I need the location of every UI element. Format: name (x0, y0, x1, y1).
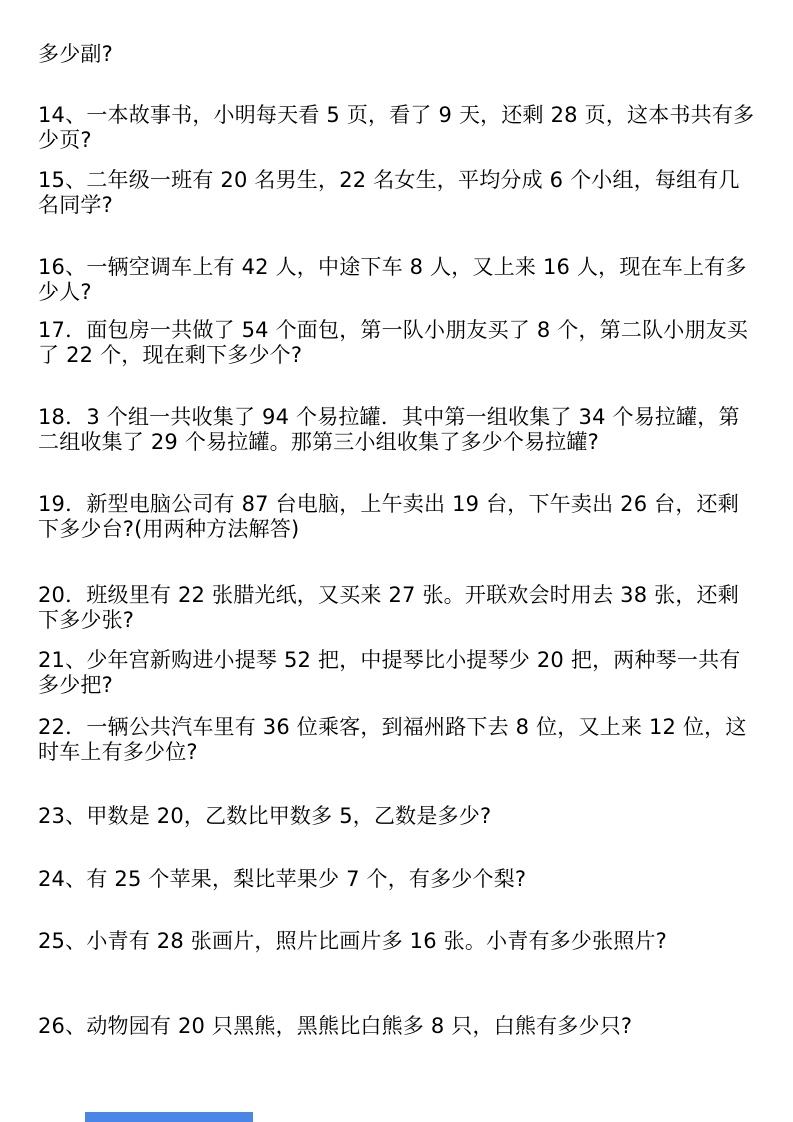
continuation-line: 多少副? (38, 42, 760, 67)
problem-18: 18．3 个组一共收集了 94 个易拉罐．其中第一组收集了 34 个易拉罐，第二… (38, 405, 760, 455)
problem-26: 26、动物园有 20 只黑熊，黑熊比白熊多 8 只，白熊有多少只? (38, 1014, 760, 1039)
problem-15: 15、二年级一班有 20 名男生，22 名女生，平均分成 6 个小组，每组有几名… (38, 168, 760, 218)
problem-22: 22．一辆公共汽车里有 36 位乘客，到福州路下去 8 位，又上来 12 位，这… (38, 715, 760, 765)
problem-25: 25、小青有 28 张画片，照片比画片多 16 张。小青有多少张照片? (38, 929, 760, 954)
problem-23: 23、甲数是 20，乙数比甲数多 5，乙数是多少? (38, 804, 760, 829)
problem-20: 20．班级里有 22 张腊光纸，又买来 27 张。开联欢会时用去 38 张，还剩… (38, 583, 760, 633)
footer-highlight-bar (85, 1112, 253, 1122)
problem-16: 16、一辆空调车上有 42 人，中途下车 8 人，又上来 16 人，现在车上有多… (38, 255, 760, 305)
problem-21: 21、少年宫新购进小提琴 52 把，中提琴比小提琴少 20 把，两种琴一共有多少… (38, 648, 760, 698)
problem-17: 17．面包房一共做了 54 个面包，第一队小朋友买了 8 个，第二队小朋友买了 … (38, 318, 760, 368)
problem-24: 24、有 25 个苹果，梨比苹果少 7 个，有多少个梨? (38, 867, 760, 892)
problem-19: 19．新型电脑公司有 87 台电脑，上午卖出 19 台，下午卖出 26 台，还剩… (38, 492, 760, 542)
problem-14: 14、一本故事书，小明每天看 5 页，看了 9 天，还剩 28 页，这本书共有多… (38, 103, 760, 153)
worksheet-page: 多少副? 14、一本故事书，小明每天看 5 页，看了 9 天，还剩 28 页，这… (0, 0, 793, 1122)
